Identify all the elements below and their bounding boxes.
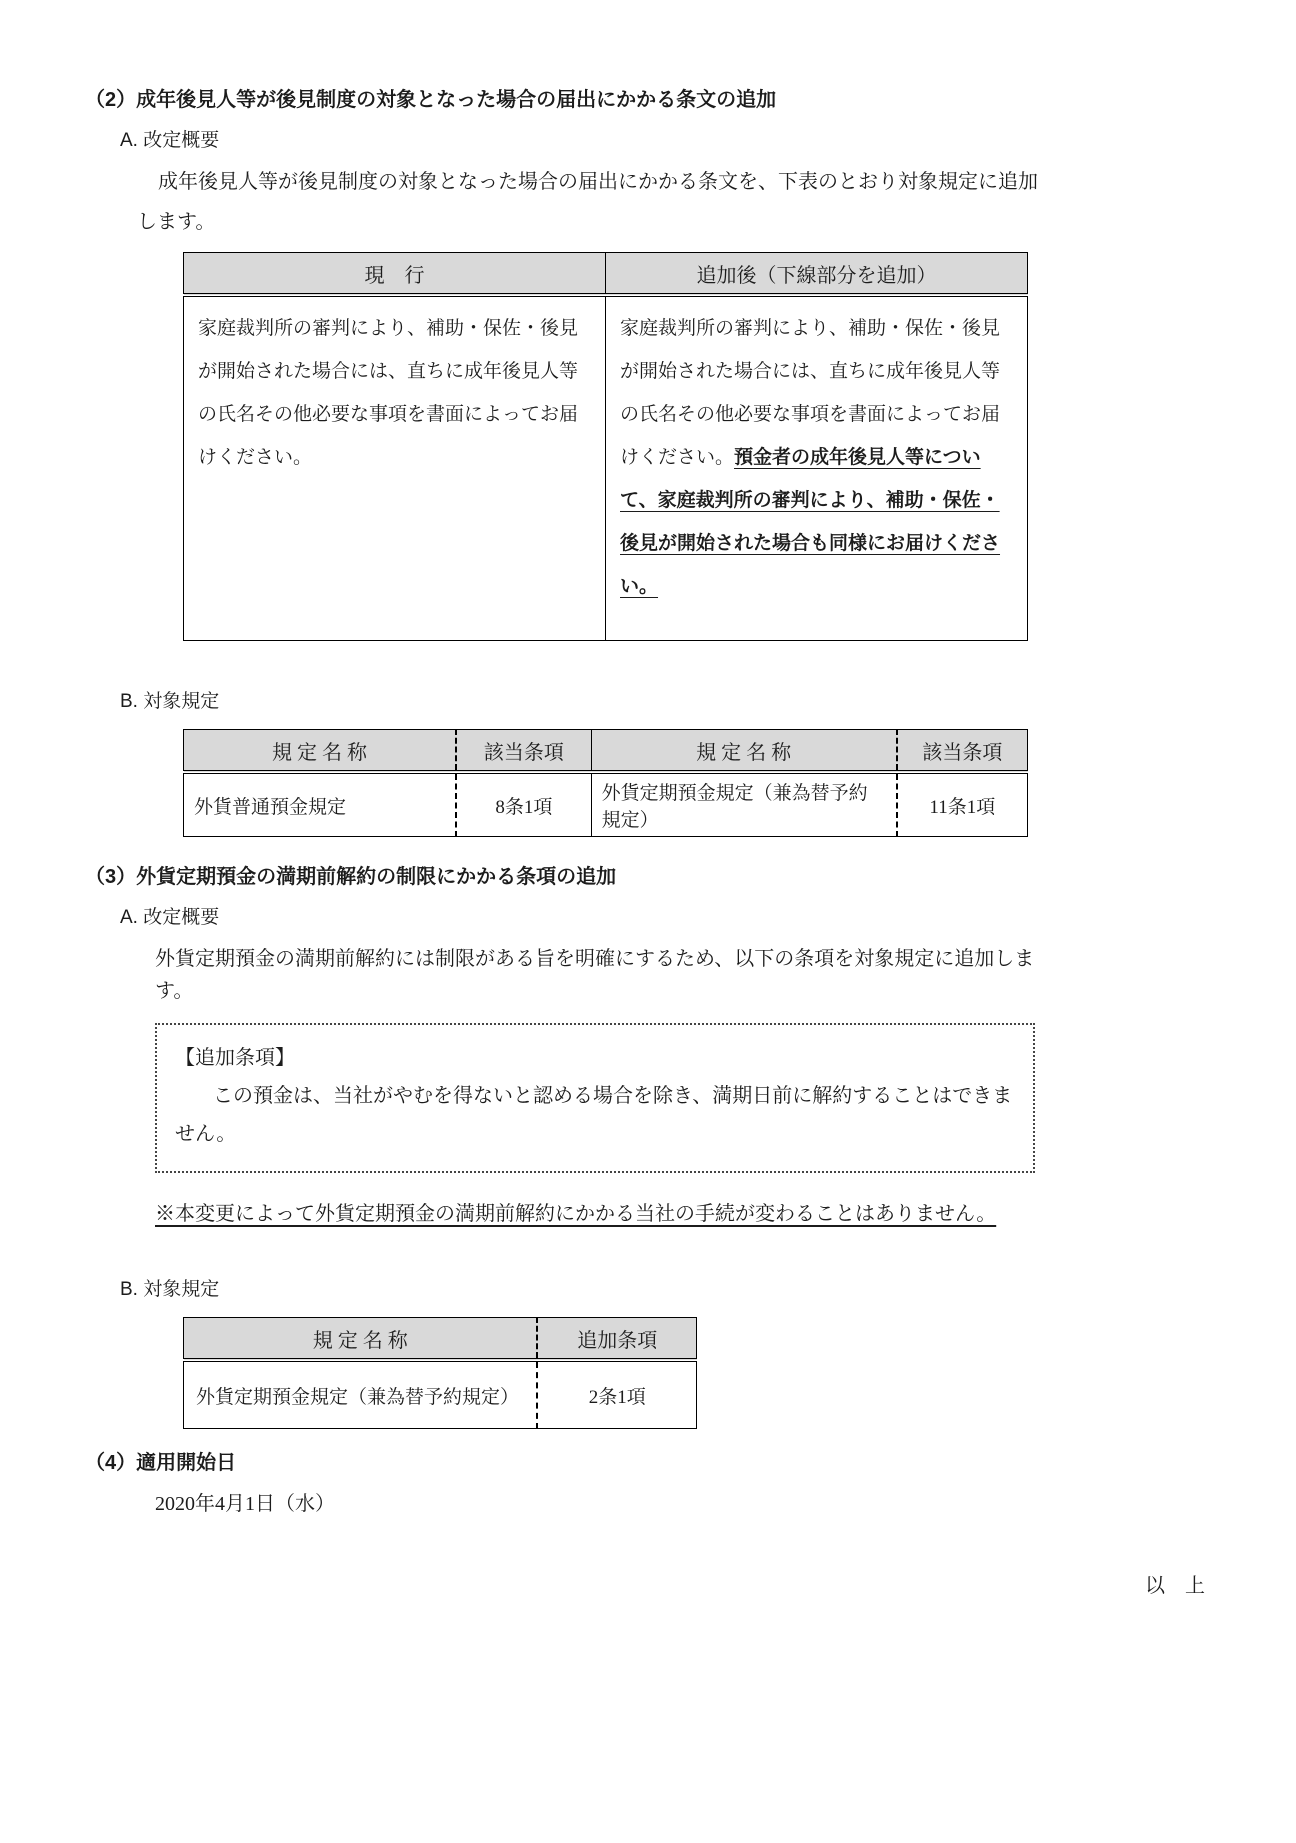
cell-clause-1: 8条1項	[456, 772, 591, 837]
after-text-added-underlined: 預金者の成年後見人等について、家庭裁判所の審判により、補助・保佐・後見が開始され…	[620, 447, 1000, 597]
table-row: 外貨普通預金規定 8条1項 外貨定期預金規定（兼為替予約規定） 11条1項	[184, 772, 1028, 837]
header-clause-1: 該当条項	[456, 730, 591, 773]
header-clause-2: 該当条項	[897, 730, 1028, 773]
section-3a-heading: A. 改定概要	[120, 905, 1296, 931]
header-regulation-name-2: 規 定 名 称	[591, 730, 897, 773]
cell-regulation-name-2: 外貨定期預金規定（兼為替予約規定）	[591, 772, 897, 837]
procedure-note-underlined: ※本変更によって外貨定期預金の満期前解約にかかる当社の手続が変わることはありませ…	[155, 1199, 1296, 1229]
cell-after-text: 家庭裁判所の審判により、補助・保佐・後見が開始された場合には、直ちに成年後見人等…	[606, 295, 1028, 641]
header-regulation-name: 規 定 名 称	[184, 1318, 538, 1361]
table-header-row: 現 行 追加後（下線部分を追加）	[184, 253, 1028, 296]
header-regulation-name-1: 規 定 名 称	[184, 730, 457, 773]
table-header-row: 規 定 名 称 追加条項	[184, 1318, 697, 1361]
revision-comparison-table: 現 行 追加後（下線部分を追加） 家庭裁判所の審判により、補助・保佐・後見が開始…	[183, 252, 1028, 641]
target-regulation-table-3: 規 定 名 称 追加条項 外貨定期預金規定（兼為替予約規定） 2条1項	[183, 1317, 697, 1429]
target-regulation-table-2: 規 定 名 称 該当条項 規 定 名 称 該当条項 外貨普通預金規定 8条1項 …	[183, 729, 1028, 837]
cell-clause-2: 11条1項	[897, 772, 1028, 837]
section-2-heading: （2）成年後見人等が後見制度の対象となった場合の届出にかかる条文の追加	[85, 86, 1296, 114]
added-clause-title: 【追加条項】	[175, 1039, 1015, 1077]
cell-regulation-name-1: 外貨普通預金規定	[184, 772, 457, 837]
closing-ijou: 以 上	[0, 1571, 1205, 1601]
cell-current-text: 家庭裁判所の審判により、補助・保佐・後見が開始された場合には、直ちに成年後見人等…	[184, 295, 606, 641]
table-row: 外貨定期預金規定（兼為替予約規定） 2条1項	[184, 1360, 697, 1429]
added-clause-box: 【追加条項】 この預金は、当社がやむを得ないと認める場合を除き、満期日前に解約す…	[155, 1023, 1035, 1173]
effective-date: 2020年4月1日（水）	[155, 1489, 1296, 1519]
table-header-row: 規 定 名 称 該当条項 規 定 名 称 該当条項	[184, 730, 1028, 773]
after-text-plain: 家庭裁判所の審判により、補助・保佐・後見が開始された場合には、直ちに成年後見人等…	[620, 318, 1000, 468]
section-3-heading: （3）外貨定期預金の満期前解約の制限にかかる条項の追加	[85, 863, 1296, 891]
cell-added-clause: 2条1項	[537, 1360, 696, 1429]
cell-regulation-name: 外貨定期預金規定（兼為替予約規定）	[184, 1360, 538, 1429]
table-row: 家庭裁判所の審判により、補助・保佐・後見が開始された場合には、直ちに成年後見人等…	[184, 295, 1028, 641]
document-page: （2）成年後見人等が後見制度の対象となった場合の届出にかかる条文の追加 A. 改…	[0, 0, 1296, 1843]
added-clause-body: この預金は、当社がやむを得ないと認める場合を除き、満期日前に解約することはできま…	[175, 1077, 1015, 1153]
header-current: 現 行	[184, 253, 606, 296]
section-2a-heading: A. 改定概要	[120, 128, 1296, 154]
section-2b-heading: B. 対象規定	[120, 689, 1296, 715]
section-2a-summary: 成年後見人等が後見制度の対象となった場合の届出にかかる条文を、下表のとおり対象規…	[137, 162, 1042, 242]
header-after: 追加後（下線部分を追加）	[606, 253, 1028, 296]
section-3a-summary: 外貨定期預金の満期前解約には制限がある旨を明確にするため、以下の条項を対象規定に…	[155, 943, 1065, 1007]
section-3b-heading: B. 対象規定	[120, 1277, 1296, 1303]
header-added-clause: 追加条項	[537, 1318, 696, 1361]
section-4-heading: （4）適用開始日	[85, 1449, 1296, 1477]
